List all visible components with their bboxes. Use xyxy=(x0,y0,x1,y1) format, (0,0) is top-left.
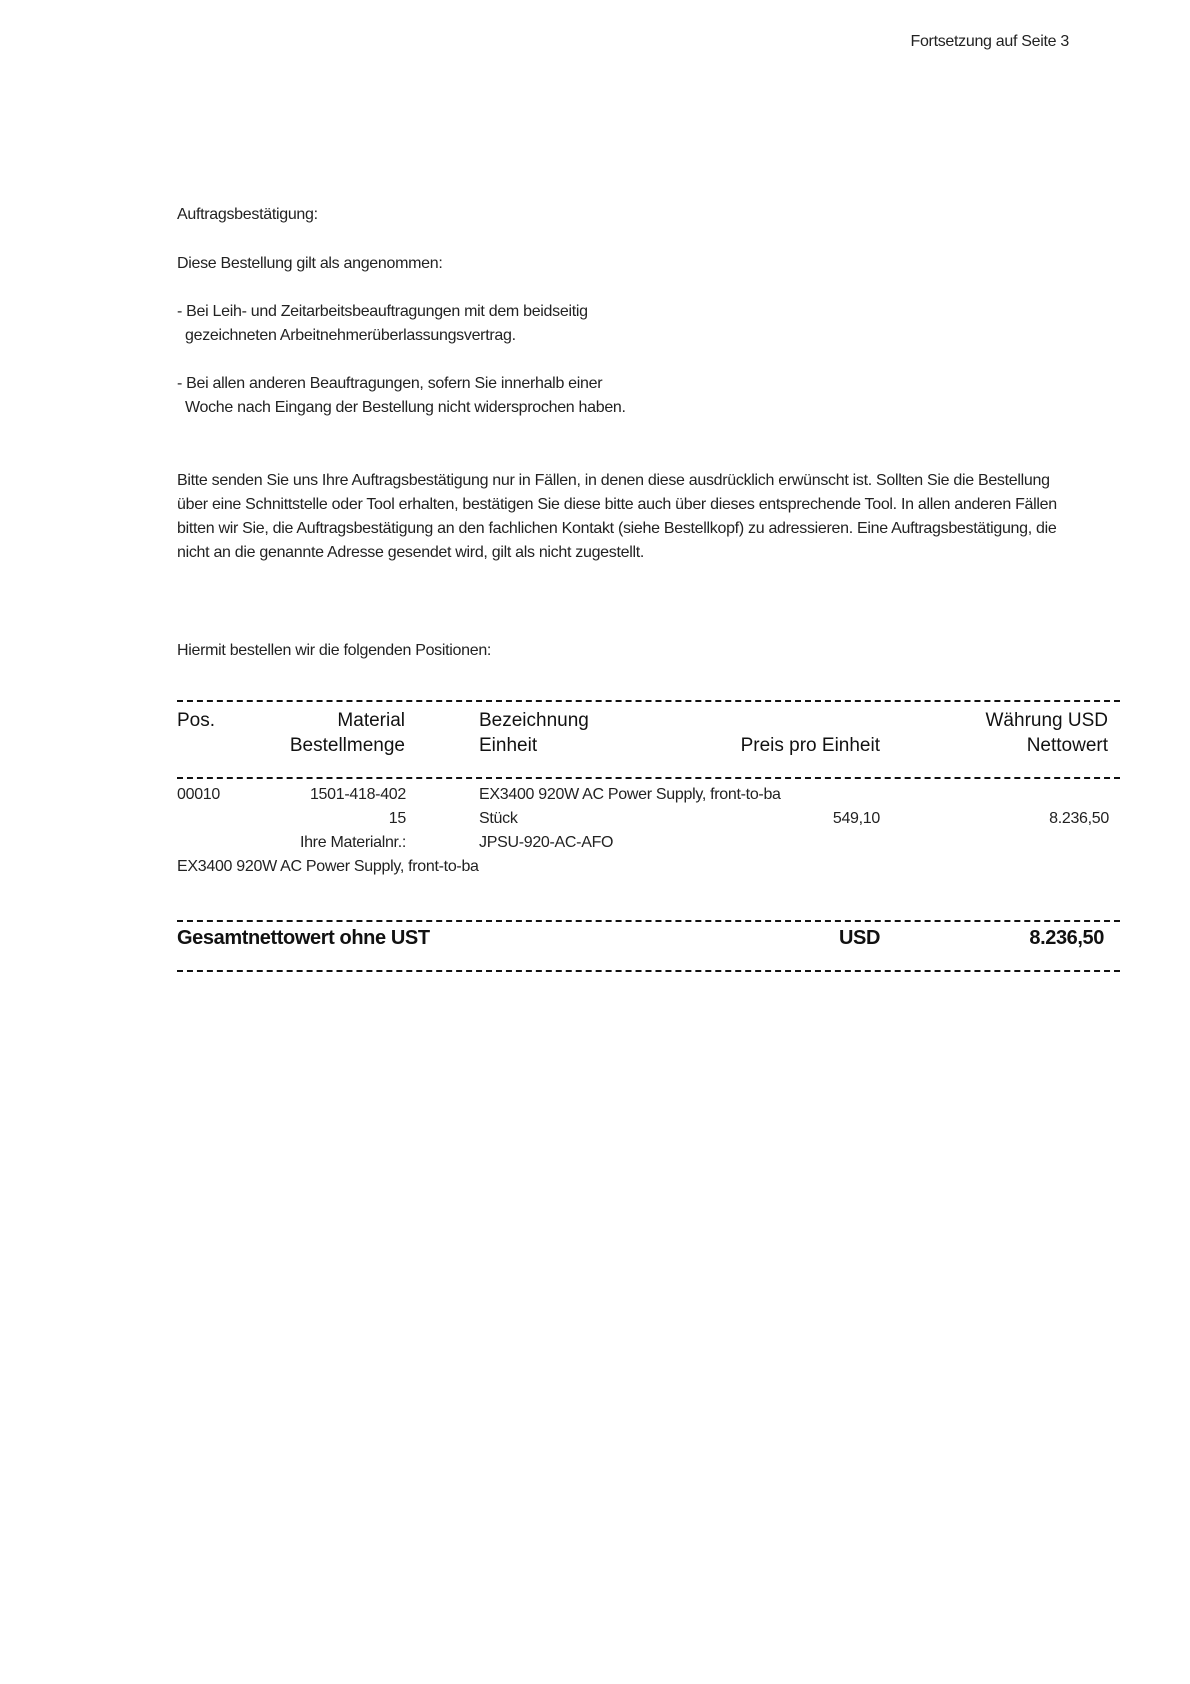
confirmation-intro: Diese Bestellung gilt als angenommen: xyxy=(177,252,443,276)
divider-total-top xyxy=(177,920,1120,922)
item-description: EX3400 920W AC Power Supply, front-to-ba xyxy=(479,786,781,804)
column-header-material: Material xyxy=(250,710,405,732)
notice-line-2: über eine Schnittstelle oder Tool erhalt… xyxy=(177,493,1057,517)
bullet-1-line-1: - Bei Leih- und Zeitarbeitsbeauftragunge… xyxy=(177,300,588,324)
bullet-1-line-2: gezeichneten Arbeitnehmerüberlassungsver… xyxy=(177,324,516,348)
bullet-2-line-2: Woche nach Eingang der Bestellung nicht … xyxy=(177,396,626,420)
item-pos: 00010 xyxy=(177,786,220,804)
order-intro: Hiermit bestellen wir die folgenden Posi… xyxy=(177,639,491,663)
continuation-note: Fortsetzung auf Seite 3 xyxy=(910,33,1069,51)
notice-line-3: bitten wir Sie, die Auftragsbestätigung … xyxy=(177,517,1057,541)
total-label: Gesamtnettowert ohne UST xyxy=(177,927,430,950)
confirmation-title: Auftragsbestätigung: xyxy=(177,203,318,227)
column-header-unit: Einheit xyxy=(479,735,537,757)
item-your-material-label: Ihre Materialnr.: xyxy=(250,834,406,852)
item-long-text: EX3400 920W AC Power Supply, front-to-ba xyxy=(177,858,479,876)
item-unit: Stück xyxy=(479,810,518,828)
column-header-pos: Pos. xyxy=(177,710,215,732)
column-header-quantity: Bestellmenge xyxy=(250,735,405,757)
bullet-2-line-1: - Bei allen anderen Beauftragungen, sofe… xyxy=(177,372,602,396)
total-value: 8.236,50 xyxy=(900,927,1104,950)
column-header-unit-price: Preis pro Einheit xyxy=(680,735,880,757)
notice-line-4: nicht an die genannte Adresse gesendet w… xyxy=(177,541,644,565)
item-unit-price: 549,10 xyxy=(680,810,880,828)
divider-header xyxy=(177,777,1120,779)
column-header-net-value: Nettowert xyxy=(900,735,1108,757)
notice-line-1: Bitte senden Sie uns Ihre Auftragsbestät… xyxy=(177,469,1050,493)
total-currency: USD xyxy=(780,927,880,950)
item-net-value: 8.236,50 xyxy=(900,810,1109,828)
item-material: 1501-418-402 xyxy=(250,786,406,804)
column-header-description: Bezeichnung xyxy=(479,710,589,732)
item-quantity: 15 xyxy=(250,810,406,828)
column-header-currency: Währung USD xyxy=(900,710,1108,732)
document-page: Fortsetzung auf Seite 3 Auftragsbestätig… xyxy=(0,0,1190,1684)
divider-total-bottom xyxy=(177,970,1120,972)
item-your-material: JPSU-920-AC-AFO xyxy=(479,834,613,852)
divider-top xyxy=(177,700,1120,702)
